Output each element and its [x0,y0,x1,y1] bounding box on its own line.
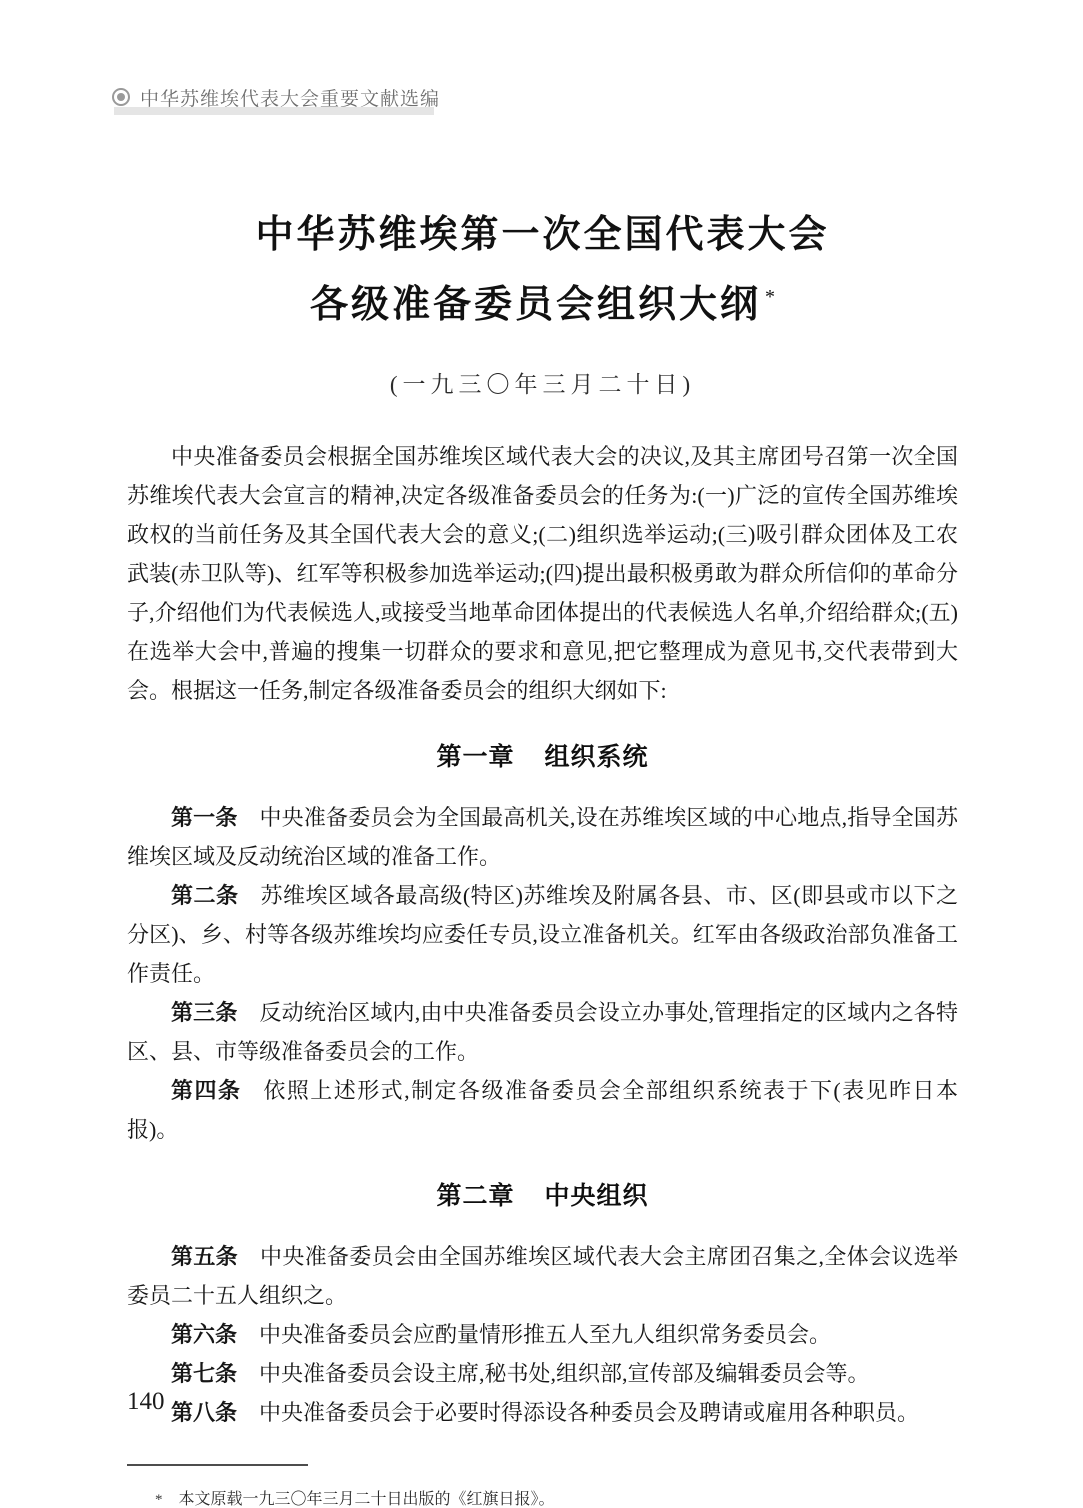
book-series-title: 中华苏维埃代表大会重要文献选编 [140,84,440,111]
chapter-1-title: 组织系统 [545,743,649,771]
article-2: 第二条苏维埃区域各最高级(特区)苏维埃及附属各县、市、区(即县或市以下之分区)、… [127,876,958,993]
chapter-2-heading: 第二章中央组织 [127,1176,958,1212]
document-title-line1: 中华苏维埃第一次全国代表大会 [255,214,829,256]
footnote-asterisk: * [155,1492,163,1508]
article-2-label: 第二条 [171,883,238,908]
article-7-text: 中央准备委员会设主席,秘书处,组织部,宣传部及编辑委员会等。 [259,1361,870,1386]
article-4: 第四条依照上述形式,制定各级准备委员会全部组织系统表于下(表见昨日本报)。 [127,1071,958,1149]
article-6-label: 第六条 [171,1322,237,1347]
main-content: 中华苏维埃第一次全国代表大会 各级准备委员会组织大纲* (一九三〇年三月二十日)… [0,204,1083,1508]
bullseye-icon [112,88,130,106]
page-number: 140 [127,1388,165,1416]
article-8-text: 中央准备委员会于必要时得添设各种委员会及聘请或雇用各种职员。 [259,1400,919,1425]
article-8-label: 第八条 [171,1400,237,1425]
article-3: 第三条反动统治区域内,由中央准备委员会设立办事处,管理指定的区域内之各特区、县、… [127,993,958,1071]
article-1-text: 中央准备委员会为全国最高机关,设在苏维埃区域的中心地点,指导全国苏维埃区域及反动… [127,805,958,869]
chapter-1-heading: 第一章组织系统 [127,737,958,773]
document-title: 中华苏维埃第一次全国代表大会 各级准备委员会组织大纲* [127,204,958,336]
article-7-label: 第七条 [171,1361,237,1386]
article-8: 第八条中央准备委员会于必要时得添设各种委员会及聘请或雇用各种职员。 [127,1393,958,1432]
intro-paragraph: 中央准备委员会根据全国苏维埃区域代表大会的决议,及其主席团号召第一次全国苏维埃代… [127,437,958,710]
document-date: (一九三〇年三月二十日) [127,366,958,399]
footnote: *本文原载一九三〇年三月二十日出版的《红旗日报》。 [127,1488,958,1508]
chapter-2-title: 中央组织 [545,1182,649,1210]
article-7: 第七条中央准备委员会设主席,秘书处,组织部,宣传部及编辑委员会等。 [127,1354,958,1393]
chapter-2-number: 第二章 [436,1182,514,1210]
article-4-text: 依照上述形式,制定各级准备委员会全部组织系统表于下(表见昨日本报)。 [127,1078,958,1142]
chapter-1-number: 第一章 [436,743,514,771]
article-1-label: 第一条 [171,805,238,830]
article-3-text: 反动统治区域内,由中央准备委员会设立办事处,管理指定的区域内之各特区、县、市等级… [127,1000,958,1064]
footnote-separator-rule [127,1464,308,1466]
document-title-line2: 各级准备委员会组织大纲* [310,284,775,326]
article-2-text: 苏维埃区域各最高级(特区)苏维埃及附属各县、市、区(即县或市以下之分区)、乡、村… [127,883,958,986]
article-4-label: 第四条 [171,1078,241,1103]
document-page: 中华苏维埃代表大会重要文献选编 中华苏维埃第一次全国代表大会 各级准备委员会组织… [0,0,1083,1508]
article-5: 第五条中央准备委员会由全国苏维埃区域代表大会主席团召集之,全体会议选举委员二十五… [127,1237,958,1315]
bullseye-icon-dot [117,93,125,101]
article-5-text: 中央准备委员会由全国苏维埃区域代表大会主席团召集之,全体会议选举委员二十五人组织… [127,1244,958,1308]
article-6: 第六条中央准备委员会应酌量情形推五人至九人组织常务委员会。 [127,1315,958,1354]
article-1: 第一条中央准备委员会为全国最高机关,设在苏维埃区域的中心地点,指导全国苏维埃区域… [127,798,958,876]
running-header: 中华苏维埃代表大会重要文献选编 [112,82,440,112]
title-footnote-asterisk: * [765,286,775,308]
article-3-label: 第三条 [171,1000,238,1025]
footnote-text: 本文原载一九三〇年三月二十日出版的《红旗日报》。 [179,1491,555,1508]
footnote-block: *本文原载一九三〇年三月二十日出版的《红旗日报》。 [127,1464,958,1508]
article-5-label: 第五条 [171,1244,238,1269]
article-6-text: 中央准备委员会应酌量情形推五人至九人组织常务委员会。 [259,1322,831,1347]
